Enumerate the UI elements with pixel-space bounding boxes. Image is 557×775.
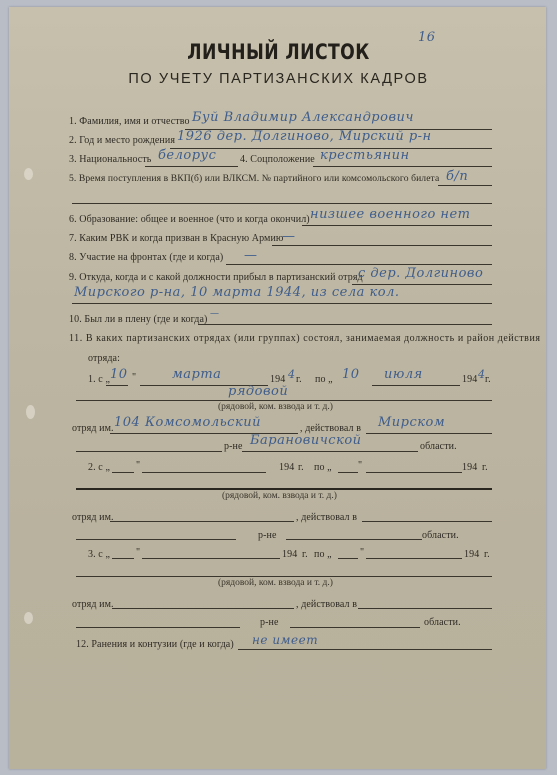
unit-1-from-year-digit[interactable]: 4: [288, 368, 296, 381]
unit-3-rayon-line: [76, 627, 240, 628]
unit-3-rayon-label: р-не: [260, 617, 279, 628]
field-8-label: 8. Участие на фронтах (где и когда): [69, 252, 223, 263]
unit-3-to-month-line: [366, 558, 462, 559]
unit-3-unit-line: [112, 608, 294, 609]
field-7-value[interactable]: —: [282, 229, 296, 244]
quote-mark: ": [136, 460, 140, 471]
unit-3-acted-label: , действовал в: [296, 599, 357, 610]
unit-3-unit-label: отряд им.: [72, 599, 114, 610]
field-10-line: [198, 324, 492, 325]
unit-2-to-month-line: [366, 472, 462, 473]
unit-1-to-prefix: по „: [315, 374, 333, 385]
unit-1-from-day[interactable]: 10: [110, 367, 128, 382]
unit-2-oblast-line: [286, 539, 422, 540]
quote-mark: ": [360, 547, 364, 558]
unit-3-to-prefix: по „: [314, 549, 332, 560]
unit-1-to-month-line: [372, 385, 460, 386]
field-1-label: 1. Фамилия, имя и отчество: [69, 116, 190, 127]
field-4-label: 4. Соцположение: [240, 154, 315, 165]
unit-2-unit-line: [110, 521, 294, 522]
punch-hole-mark: [24, 168, 33, 180]
unit-1-position-line: [76, 400, 492, 401]
unit-2-to-day-line: [338, 472, 358, 473]
unit-1-acted-line: [366, 433, 492, 434]
unit-1-unit-name[interactable]: 104 Комсомольский: [114, 415, 261, 430]
year-suffix: г.: [296, 374, 302, 385]
quote-mark: ": [136, 547, 140, 558]
unit-3-from-month-line: [142, 558, 280, 559]
field-7-line: [272, 245, 492, 246]
document-title: ЛИЧНЫЙ ЛИСТОК: [50, 40, 507, 64]
unit-3-to-year: 194: [464, 549, 479, 560]
field-8-value[interactable]: —: [244, 248, 258, 263]
unit-2-unit-label: отряд им.: [72, 512, 114, 523]
unit-3-from-day-line: [112, 558, 134, 559]
field-9-value[interactable]: с дер. Долгиново: [358, 266, 483, 281]
punch-hole-mark: [24, 612, 33, 624]
unit-3-from-year: 194: [282, 549, 297, 560]
document-subtitle: ПО УЧЕТУ ПАРТИЗАНСКИХ КАДРОВ: [0, 71, 557, 87]
unit-3-acted-line: [358, 608, 492, 609]
unit-2-to-prefix: по „: [314, 462, 332, 473]
quote-mark: ": [132, 372, 136, 383]
unit-3-position-line: [76, 576, 492, 577]
field-10-value[interactable]: —: [210, 309, 220, 319]
unit-1-position-caption: (рядовой, ком. взвода и т. д.): [218, 402, 333, 412]
field-12-label: 12. Ранения и контузии (где и когда): [76, 639, 234, 650]
unit-1-rayon-line: [76, 451, 222, 452]
field-5-line: [438, 185, 492, 186]
unit-2-rayon-line: [76, 539, 236, 540]
unit-2-rayon-label: р-не: [258, 530, 277, 541]
field-6-value[interactable]: низшее военного нет: [310, 207, 471, 222]
unit-3-to-day-line: [338, 558, 358, 559]
field-6-line: [302, 225, 492, 226]
field-4-value[interactable]: крестьянин: [320, 148, 410, 163]
unit-2-from-year: 194: [279, 462, 294, 473]
field-10-label: 10. Был ли в плену (где и когда): [69, 314, 207, 325]
year-suffix: г.: [302, 549, 308, 560]
field-3-line: [145, 166, 238, 167]
unit-3-number: 3. с „: [88, 549, 110, 560]
punch-hole-mark: [26, 405, 35, 419]
unit-1-oblast-label: области.: [420, 441, 457, 452]
margin-mark: 16: [418, 30, 436, 45]
field-4-line: [313, 166, 492, 167]
field-3-label: 3. Национальность: [69, 154, 151, 165]
unit-2-to-year: 194: [462, 462, 477, 473]
unit-1-from-day-line: [106, 385, 128, 386]
unit-1-oblast-name[interactable]: Барановичской: [250, 433, 362, 448]
field-5-line-2: [72, 203, 492, 204]
field-3-value[interactable]: белорус: [158, 148, 216, 163]
year-suffix: г.: [484, 549, 490, 560]
unit-1-rayon-label: р-не: [224, 441, 243, 452]
year-suffix: г.: [482, 462, 488, 473]
unit-2-from-month-line: [142, 472, 266, 473]
unit-1-number: 1. с „: [88, 374, 110, 385]
field-2-value[interactable]: 1926 дер. Долгиново, Мирский р-н: [177, 129, 432, 144]
unit-2-oblast-label: области.: [422, 530, 459, 541]
unit-3-position-caption: (рядовой, ком. взвода и т. д.): [218, 578, 333, 588]
unit-1-unit-label: отряд им.: [72, 423, 114, 434]
field-8-line: [226, 264, 492, 265]
field-5-value[interactable]: б/п: [446, 169, 468, 184]
field-11-label-line-2: отряда:: [88, 353, 120, 364]
field-5-label: 5. Время поступления в ВКП(б) или ВЛКСМ.…: [69, 173, 439, 184]
field-11-label: 11. В каких партизанских отрядах (или гр…: [69, 333, 541, 344]
field-12-line: [238, 649, 492, 650]
unit-2-acted-line: [362, 521, 492, 522]
unit-1-position[interactable]: рядовой: [228, 384, 288, 399]
unit-1-acted-region[interactable]: Мирском: [378, 415, 445, 430]
quote-mark: ": [358, 460, 362, 471]
field-6-label: 6. Образование: общее и военное (что и к…: [69, 214, 310, 225]
unit-3-oblast-label: области.: [424, 617, 461, 628]
field-9-label: 9. Откуда, когда и с какой должности при…: [69, 272, 363, 283]
unit-2-number: 2. с „: [88, 462, 110, 473]
unit-2-position-line: [76, 488, 492, 490]
unit-2-from-day-line: [112, 472, 134, 473]
unit-1-from-month[interactable]: марта: [172, 367, 221, 382]
unit-2-position-caption: (рядовой, ком. взвода и т. д.): [222, 491, 337, 501]
field-1-value[interactable]: Буй Владимир Александрович: [192, 110, 414, 125]
year-suffix: г.: [298, 462, 304, 473]
field-2-label: 2. Год и место рождения: [69, 135, 175, 146]
unit-1-to-month[interactable]: июля: [384, 367, 423, 382]
field-9-value-line-2[interactable]: Мирского р-на, 10 марта 1944, из села ко…: [74, 285, 400, 300]
unit-1-oblast-line: [242, 451, 418, 452]
unit-2-acted-label: , действовал в: [296, 512, 357, 523]
field-9-line-2: [72, 303, 492, 304]
unit-1-to-year: 194: [462, 374, 477, 385]
year-suffix: г.: [485, 374, 491, 385]
field-7-label: 7. Каким РВК и когда призван в Красную А…: [69, 233, 284, 244]
unit-3-oblast-line: [290, 627, 420, 628]
field-12-value[interactable]: не имеет: [252, 633, 318, 647]
unit-1-to-day[interactable]: 10: [342, 367, 360, 382]
